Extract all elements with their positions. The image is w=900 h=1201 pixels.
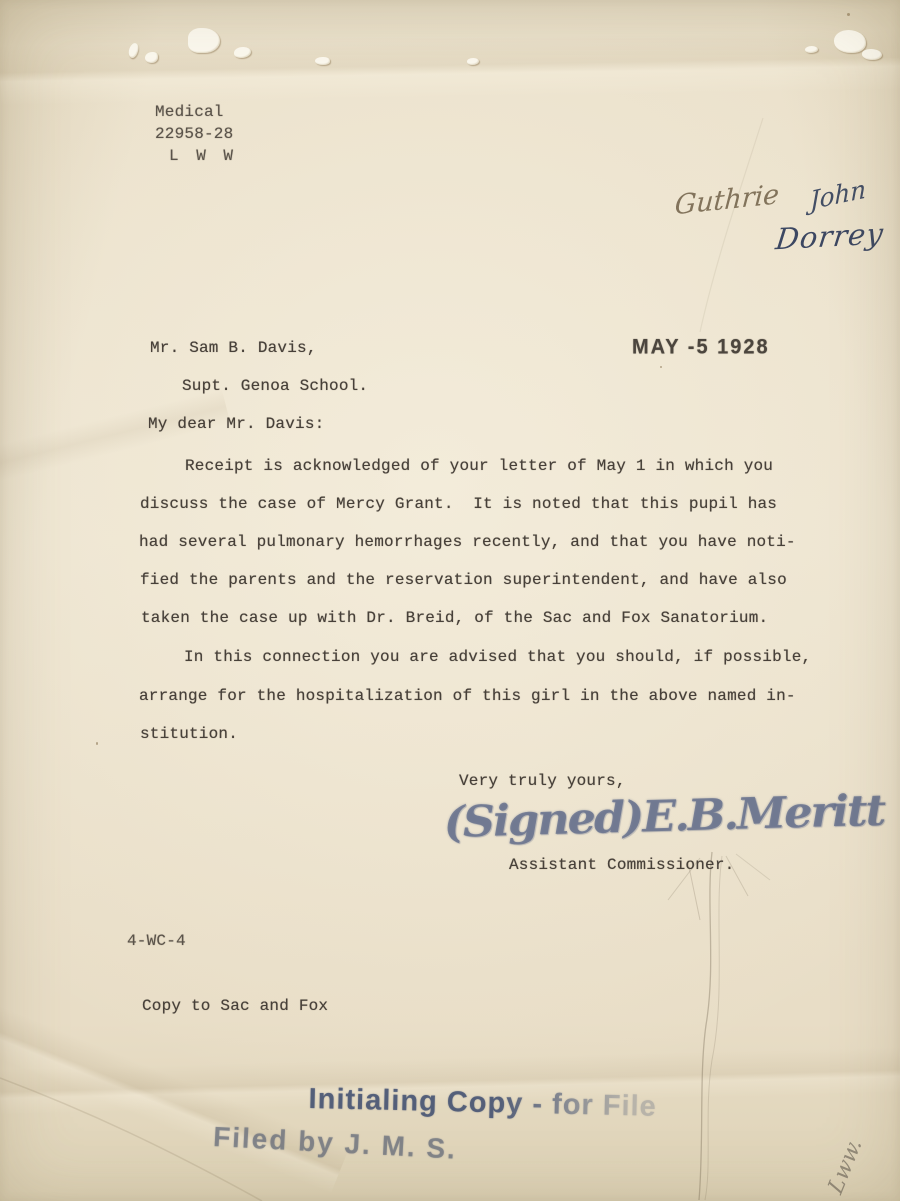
- paper-speck: [660, 366, 662, 368]
- paper-speck: [847, 13, 850, 16]
- salutation: My dear Mr. Davis:: [148, 413, 324, 435]
- signature-title: Assistant Commissioner.: [509, 854, 734, 876]
- copy-note: Copy to Sac and Fox: [142, 995, 328, 1017]
- handwritten-name-ink-bottom: Dorrey: [774, 216, 886, 256]
- wrinkle-left-diagonal: [0, 990, 349, 1194]
- body-p1-line5: taken the case up with Dr. Breid, of the…: [141, 607, 768, 629]
- body-p1-line1: Receipt is acknowledged of your letter o…: [185, 455, 773, 477]
- paper-tear: [188, 28, 220, 53]
- body-p1-line3: had several pulmonary hemorrhages recent…: [139, 531, 796, 553]
- paper-tear: [127, 42, 141, 59]
- file-heading-line1: Medical: [155, 101, 224, 123]
- paper-tear: [467, 58, 479, 65]
- reference-code: 4-WC-4: [127, 930, 186, 952]
- wrinkle-top-band: [0, 30, 900, 106]
- file-heading-line2: 22958-28: [155, 123, 233, 145]
- paper-speck: [96, 742, 98, 745]
- paper-tear: [234, 47, 251, 58]
- recipient-title: Supt. Genoa School.: [182, 375, 368, 397]
- body-p1-line4: fied the parents and the reservation sup…: [140, 569, 787, 591]
- letter-page: Medical 22958-28 L W W Guthrie John Dorr…: [0, 0, 900, 1201]
- closing: Very truly yours,: [459, 770, 626, 792]
- filed-by-stamp: Filed by J. M. S.: [212, 1121, 457, 1166]
- body-p2-line2: arrange for the hospitalization of this …: [139, 685, 796, 707]
- signature-stamp: (Signed)E.B.Meritt: [443, 786, 885, 848]
- body-p2-line1: In this connection you are advised that …: [184, 646, 811, 668]
- paper-tear: [805, 46, 818, 53]
- file-heading-line3: L W W: [169, 145, 237, 167]
- handwritten-name-ink-top: John: [810, 174, 866, 216]
- initialing-copy-stamp: Initialing Copy - for File: [308, 1083, 657, 1124]
- body-p1-line2: discuss the case of Mercy Grant. It is n…: [140, 493, 777, 515]
- corner-initials-handwritten: Lww.: [824, 1133, 867, 1198]
- date-received-stamp: MAY -5 1928: [632, 335, 770, 360]
- paper-tear: [315, 57, 330, 65]
- handwritten-name-pencil: Guthrie: [674, 179, 780, 221]
- paper-tear: [834, 30, 866, 53]
- paper-tear: [145, 52, 158, 63]
- body-p2-line3: stitution.: [140, 723, 238, 745]
- recipient-name: Mr. Sam B. Davis,: [150, 337, 317, 359]
- paper-tear: [862, 49, 882, 60]
